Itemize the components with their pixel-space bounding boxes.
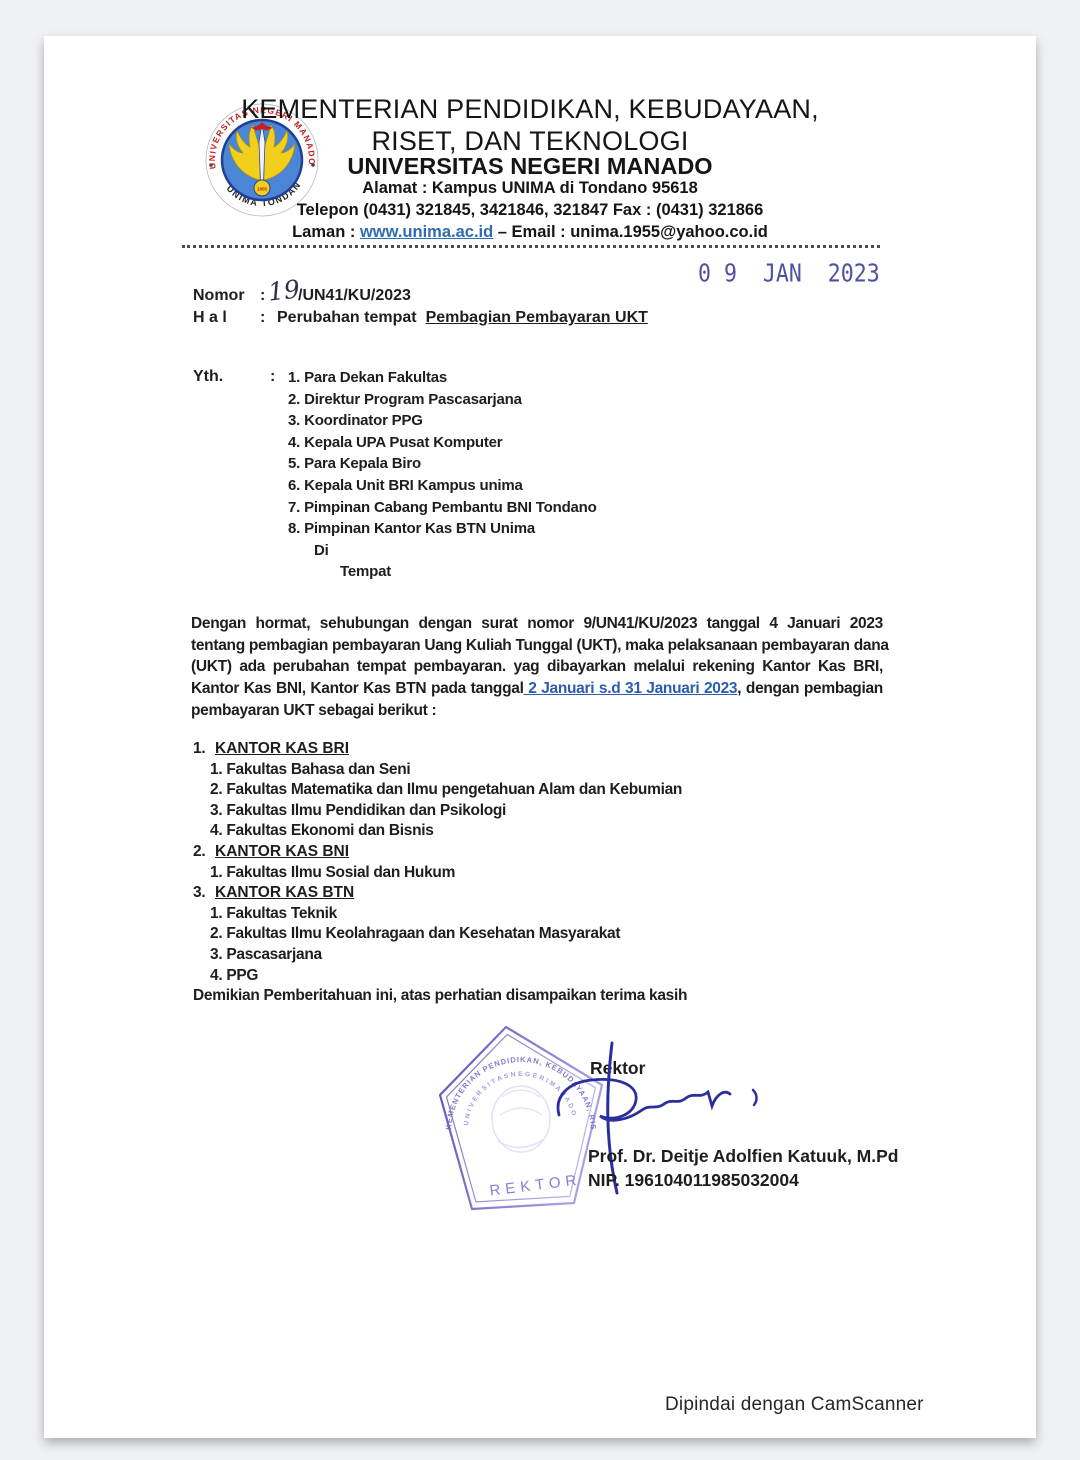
nomor-colon: : [260,287,265,305]
ministry-name-line1: KEMENTERIAN PENDIDIKAN, KEBUDAYAAN, [180,95,880,123]
faculty-item: 4. PPG [193,966,687,987]
hal-value-underlined: Pembagian Pembayaran UKT [426,309,648,326]
recipient-item: 7. Pimpinan Cabang Pembantu BNI Tondano [288,497,597,519]
nomor-value: /UN41/KU/2023 [298,287,411,305]
recipient-item: 2. Direktur Program Pascasarjana [288,389,597,411]
paragraph-line: Kantor Kas BNI, Kantor Kas BTN pada tang… [191,678,883,700]
signatory-nip: NIP. 196104011985032004 [588,1170,799,1191]
recipient-item: 1. Para Dekan Fakultas [288,367,597,389]
nomor-handwritten-number: 19 [267,274,302,306]
website-link: www.unima.ac.id [360,223,493,241]
recipient-item: 8. Pimpinan Kantor Kas BTN Unima [288,518,597,540]
faculty-item: 4. Fakultas Ekonomi dan Bisnis [193,821,687,842]
bold-tanggal: tanggal [471,680,524,697]
body-paragraph: Dengan hormat, sehubungan dengan surat n… [191,613,883,722]
hal-colon: : [260,309,265,327]
recipient-item: 4. Kepala UPA Pusat Komputer [288,432,597,454]
letterhead-web-email: Laman : www.unima.ac.id – Email : unima.… [180,224,880,241]
letterhead-address: Alamat : Kampus UNIMA di Tondano 95618 [180,180,880,197]
hal-label: H a l [193,309,227,327]
faculty-item: 3. Pascasarjana [193,945,687,966]
university-name: UNIVERSITAS NEGERI MANADO [180,154,880,179]
faculty-item: 2. Fakultas Ilmu Keolahragaan dan Keseha… [193,924,687,945]
letterhead-divider [182,245,880,248]
recipients-list: 1. Para Dekan Fakultas 2. Direktur Progr… [288,367,597,583]
yth-colon: : [270,368,275,386]
date-received-stamp: 0 9 JAN 2023 [698,260,880,288]
bank-section-bni: 2.KANTOR KAS BNI [193,842,687,863]
scanned-letter-page: UNIVERSITAS NEGERI MANADO UNIMA TONDANO … [44,36,1036,1438]
paragraph-line: Dengan hormat, sehubungan dengan surat n… [191,613,883,635]
email-text: – Email : unima.1955@yahoo.co.id [493,223,768,241]
paragraph-line: (UKT) ada perubahan tempat pembayaran. y… [191,656,883,678]
paragraph-line: pembayaran UKT sebagai berikut : [191,700,883,722]
letterhead-phone: Telepon (0431) 321845, 3421846, 321847 F… [180,202,880,219]
recipient-item: 3. Koordinator PPG [288,410,597,432]
ministry-name-line2: RISET, DAN TEKNOLOGI [180,127,880,155]
recipient-di: Di [288,540,597,562]
signatory-name: Prof. Dr. Deitje Adolfien Katuuk, M.Pd [588,1146,899,1167]
seal-inner-emblem-sketch [492,1086,550,1152]
closing-line: Demikian Pemberitahuan ini, atas perhati… [193,986,687,1007]
web-label: Laman : [292,223,360,241]
payment-distribution-list: 1.KANTOR KAS BRI 1. Fakultas Bahasa dan … [193,739,687,1007]
bank-section-btn: 3.KANTOR KAS BTN [193,883,687,904]
faculty-item: 2. Fakultas Matematika dan Ilmu pengetah… [193,780,687,801]
hal-value-plain: Perubahan tempat [277,309,417,326]
recipient-item: 5. Para Kepala Biro [288,453,597,475]
yth-label: Yth. [193,368,223,386]
paragraph-line: tentang pembagian pembayaran Uang Kuliah… [191,635,883,657]
bank-section-bri: 1.KANTOR KAS BRI [193,739,687,760]
hal-value: Perubahan tempatPembagian Pembayaran UKT [277,309,648,327]
recipient-tempat: Tempat [288,561,597,583]
faculty-item: 1. Fakultas Bahasa dan Seni [193,760,687,781]
faculty-item: 1. Fakultas Teknik [193,904,687,925]
camscanner-footer-note: Dipindai dengan CamScanner [665,1394,924,1416]
payment-date-range: 2 Januari s.d 31 Januari 2023 [524,680,738,697]
recipient-item: 6. Kepala Unit BRI Kampus unima [288,475,597,497]
faculty-item: 3. Fakultas Ilmu Pendidikan dan Psikolog… [193,801,687,822]
nomor-label: Nomor [193,287,245,305]
faculty-item: 1. Fakultas Ilmu Sosial dan Hukum [193,863,687,884]
